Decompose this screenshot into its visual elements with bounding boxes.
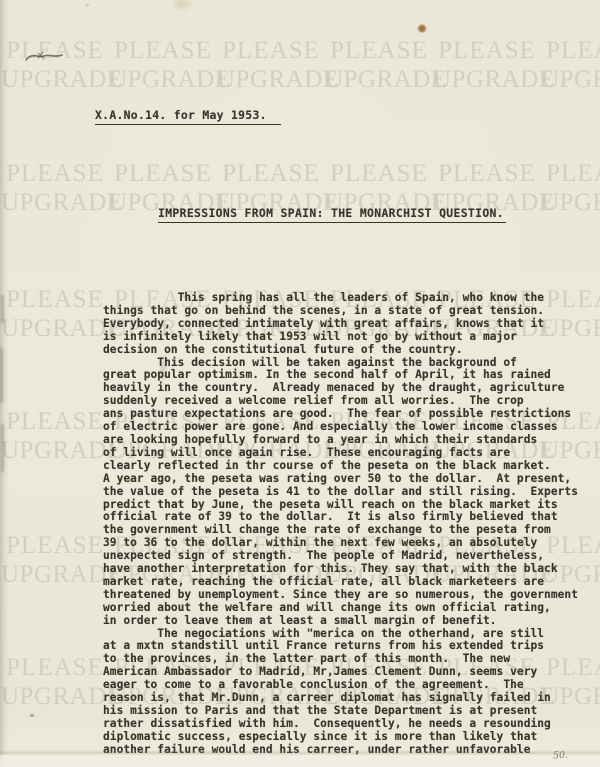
watermark-tile: PLEASEUPGRADE — [1, 653, 109, 711]
paper-stain — [85, 3, 90, 7]
paper-edge-mark — [1, 424, 4, 472]
paper-stain — [170, 0, 194, 12]
watermark-tile: PLEASEUPGRADE — [541, 159, 600, 217]
watermark-tile: PLEASEUPGRADE — [1, 531, 109, 589]
paper-stain — [417, 24, 427, 33]
pencil-dot — [30, 714, 34, 717]
watermark-tile: PLEASEUPGRADE — [1, 159, 109, 217]
paper-left-edge — [0, 0, 9, 767]
pencil-scribble — [22, 44, 70, 68]
document-reference-heading: X.A.No.14. for May 1953. — [95, 108, 281, 125]
watermark-tile: PLEASEUPGRADE — [217, 36, 325, 94]
watermark-tile: PLEASEUPGRADE — [433, 36, 541, 94]
watermark-tile: PLEASEUPGRADE — [325, 36, 433, 94]
document-title: IMPRESSIONS FROM SPAIN: THE MONARCHIST Q… — [158, 206, 506, 223]
watermark-tile: PLEASEUPGRADE — [1, 285, 109, 343]
handwritten-page-number: 50. — [553, 749, 569, 761]
watermark-tile: PLEASEUPGRADE — [1, 36, 109, 94]
paper-bottom-strip — [0, 755, 600, 767]
paper-edge-mark — [0, 348, 3, 403]
document-body-text: This spring has all the leaders of Spain… — [103, 292, 578, 757]
paper-edge-mark — [1, 295, 4, 323]
watermark-tile: PLEASEUPGRADE — [1, 407, 109, 465]
scanned-document-page: PLEASEUPGRADEPLEASEUPGRADEPLEASEUPGRADEP… — [0, 0, 600, 767]
watermark-tile: PLEASEUPGRADE — [109, 36, 217, 94]
watermark-tile: PLEASEUPGRADE — [541, 36, 600, 94]
